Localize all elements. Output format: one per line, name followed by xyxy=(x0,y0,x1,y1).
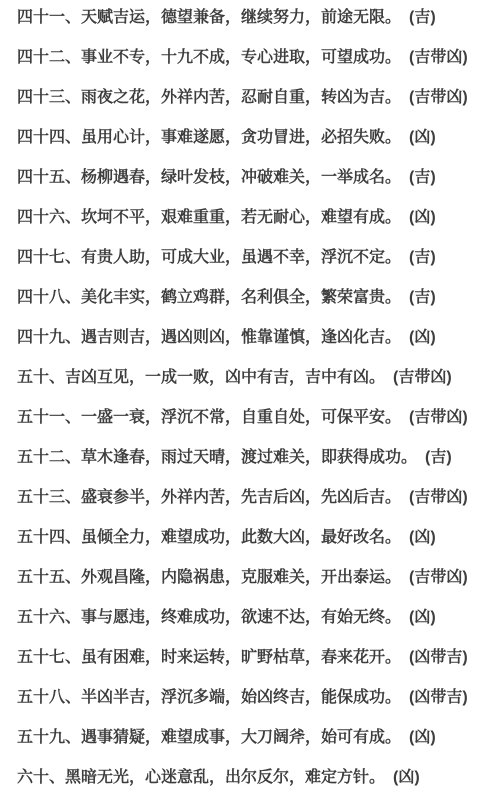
numerology-item-43: 四十三、雨夜之花，外祥内苦，忍耐自重，转凶为吉。 (吉带凶) xyxy=(17,78,491,118)
numerology-item-49: 四十九、遇吉则吉，遇凶则凶，惟靠谨慎，逢凶化吉。 (凶) xyxy=(17,318,491,358)
numerology-item-42: 四十二、事业不专，十九不成，专心进取，可望成功。 (吉带凶) xyxy=(17,38,491,78)
numerology-item-41: 四十一、天赋吉运，德望兼备，继续努力，前途无限。 (吉) xyxy=(17,0,491,38)
numerology-item-50: 五十、吉凶互见，一成一败，凶中有吉，吉中有凶。 (吉带凶) xyxy=(17,358,491,398)
numerology-item-59: 五十九、遇事猜疑，难望成事，大刀阔斧，始可有成。 (凶) xyxy=(17,718,491,758)
numerology-item-60: 六十、黑暗无光，心迷意乱，出尔反尔，难定方针。 (凶) xyxy=(17,758,491,797)
numerology-item-55: 五十五、外观昌隆，内隐祸患，克服难关，开出泰运。 (吉带凶) xyxy=(17,558,491,598)
numerology-item-48: 四十八、美化丰实，鹤立鸡群，名利俱全，繁荣富贵。 (吉) xyxy=(17,278,491,318)
numerology-list: 四十一、天赋吉运，德望兼备，继续努力，前途无限。 (吉) 四十二、事业不专，十九… xyxy=(0,0,495,797)
numerology-item-53: 五十三、盛衰参半，外祥内苦，先吉后凶，先凶后吉。 (吉带凶) xyxy=(17,478,491,518)
numerology-item-45: 四十五、杨柳遇春，绿叶发枝，冲破难关，一举成名。 (吉) xyxy=(17,158,491,198)
numerology-item-46: 四十六、坎坷不平，艰难重重，若无耐心，难望有成。 (凶) xyxy=(17,198,491,238)
numerology-item-56: 五十六、事与愿违，终难成功，欲速不达，有始无终。 (凶) xyxy=(17,598,491,638)
numerology-item-57: 五十七、虽有困难，时来运转，旷野枯草，春来花开。 (凶带吉) xyxy=(17,638,491,678)
numerology-item-51: 五十一、一盛一衰，浮沉不常，自重自处，可保平安。 (吉带凶) xyxy=(17,398,491,438)
numerology-item-44: 四十四、虽用心计，事难遂愿，贪功冒进，必招失败。 (凶) xyxy=(17,118,491,158)
numerology-item-54: 五十四、虽倾全力，难望成功，此数大凶，最好改名。 (凶) xyxy=(17,518,491,558)
numerology-item-47: 四十七、有贵人助，可成大业，虽遇不幸，浮沉不定。 (吉) xyxy=(17,238,491,278)
numerology-item-52: 五十二、草木逢春，雨过天晴，渡过难关，即获得成功。 (吉) xyxy=(17,438,491,478)
numerology-item-58: 五十八、半凶半吉，浮沉多端，始凶终吉，能保成功。 (凶带吉) xyxy=(17,678,491,718)
